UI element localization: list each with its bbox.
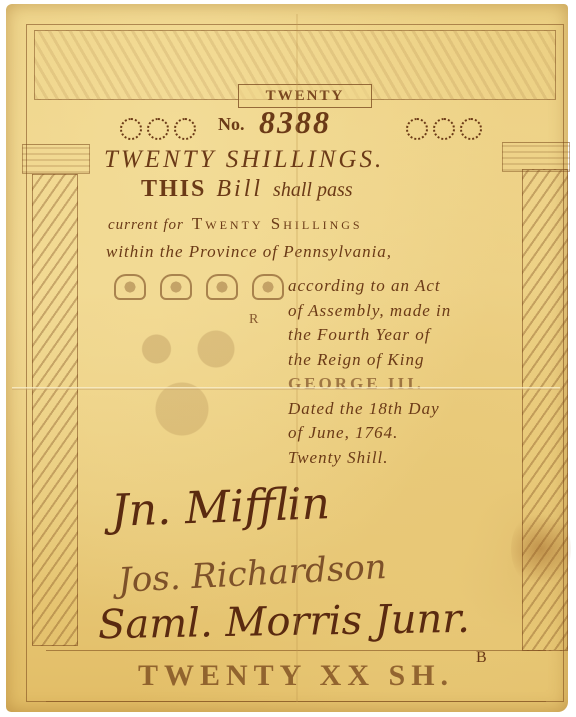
current-for-line: current forTwenty Shillings: [108, 214, 363, 234]
serial-number: 8388: [259, 104, 331, 141]
horizontal-fold: [12, 387, 560, 390]
r-mark: R: [249, 312, 258, 328]
rosette-icon: [120, 118, 142, 140]
body-line: the Reign of King: [288, 348, 451, 373]
king-name: GEORGE III.: [288, 372, 451, 397]
crown-icon: [252, 274, 284, 300]
body-line: according to an Act: [288, 274, 451, 299]
crown-icon: [114, 274, 146, 300]
coat-of-arms-seal: [114, 304, 284, 454]
crown-icon: [160, 274, 192, 300]
body-line: Twenty Shill.: [288, 446, 451, 471]
crown-icon: [206, 274, 238, 300]
serial-row: No. 8388: [114, 112, 494, 142]
act-text-block: according to an Act of Assembly, made in…: [288, 274, 451, 470]
left-column-capital: [22, 144, 90, 174]
province-line: within the Province of Pennsylvania,: [106, 242, 392, 262]
current-for-text: current for: [108, 217, 184, 233]
vertical-fold: [296, 14, 298, 702]
rosette-icon: [174, 118, 196, 140]
body-line: Dated the 18th Day: [288, 397, 451, 422]
right-column-capital: [502, 142, 570, 172]
serial-label: No.: [218, 114, 245, 135]
amount-text: Twenty Shillings: [192, 214, 363, 233]
rosette-icon: [406, 118, 428, 140]
crown-ornaments: [114, 274, 298, 305]
stain: [511, 509, 571, 589]
opening-line: THISBillshall pass: [141, 176, 353, 203]
rosette-ornaments-left: [120, 118, 201, 140]
note-title: TWENTY SHILLINGS.: [104, 146, 384, 174]
body-line: of June, 1764.: [288, 421, 451, 446]
rosette-icon: [147, 118, 169, 140]
signature-3: Saml. Morris Junr.: [98, 596, 470, 648]
rosette-icon: [433, 118, 455, 140]
shall-pass-text: shall pass: [273, 179, 352, 201]
banknote: TWENTY No. 8388 TWENTY SHILLINGS. THISBi…: [6, 4, 568, 712]
rosette-icon: [460, 118, 482, 140]
rosette-ornaments-right: [406, 118, 487, 140]
body-line: of Assembly, made in: [288, 299, 451, 324]
this-word: THIS: [141, 176, 206, 202]
body-line: the Fourth Year of: [288, 323, 451, 348]
left-ornamental-column: [32, 174, 78, 646]
bill-word: Bill: [216, 176, 263, 202]
